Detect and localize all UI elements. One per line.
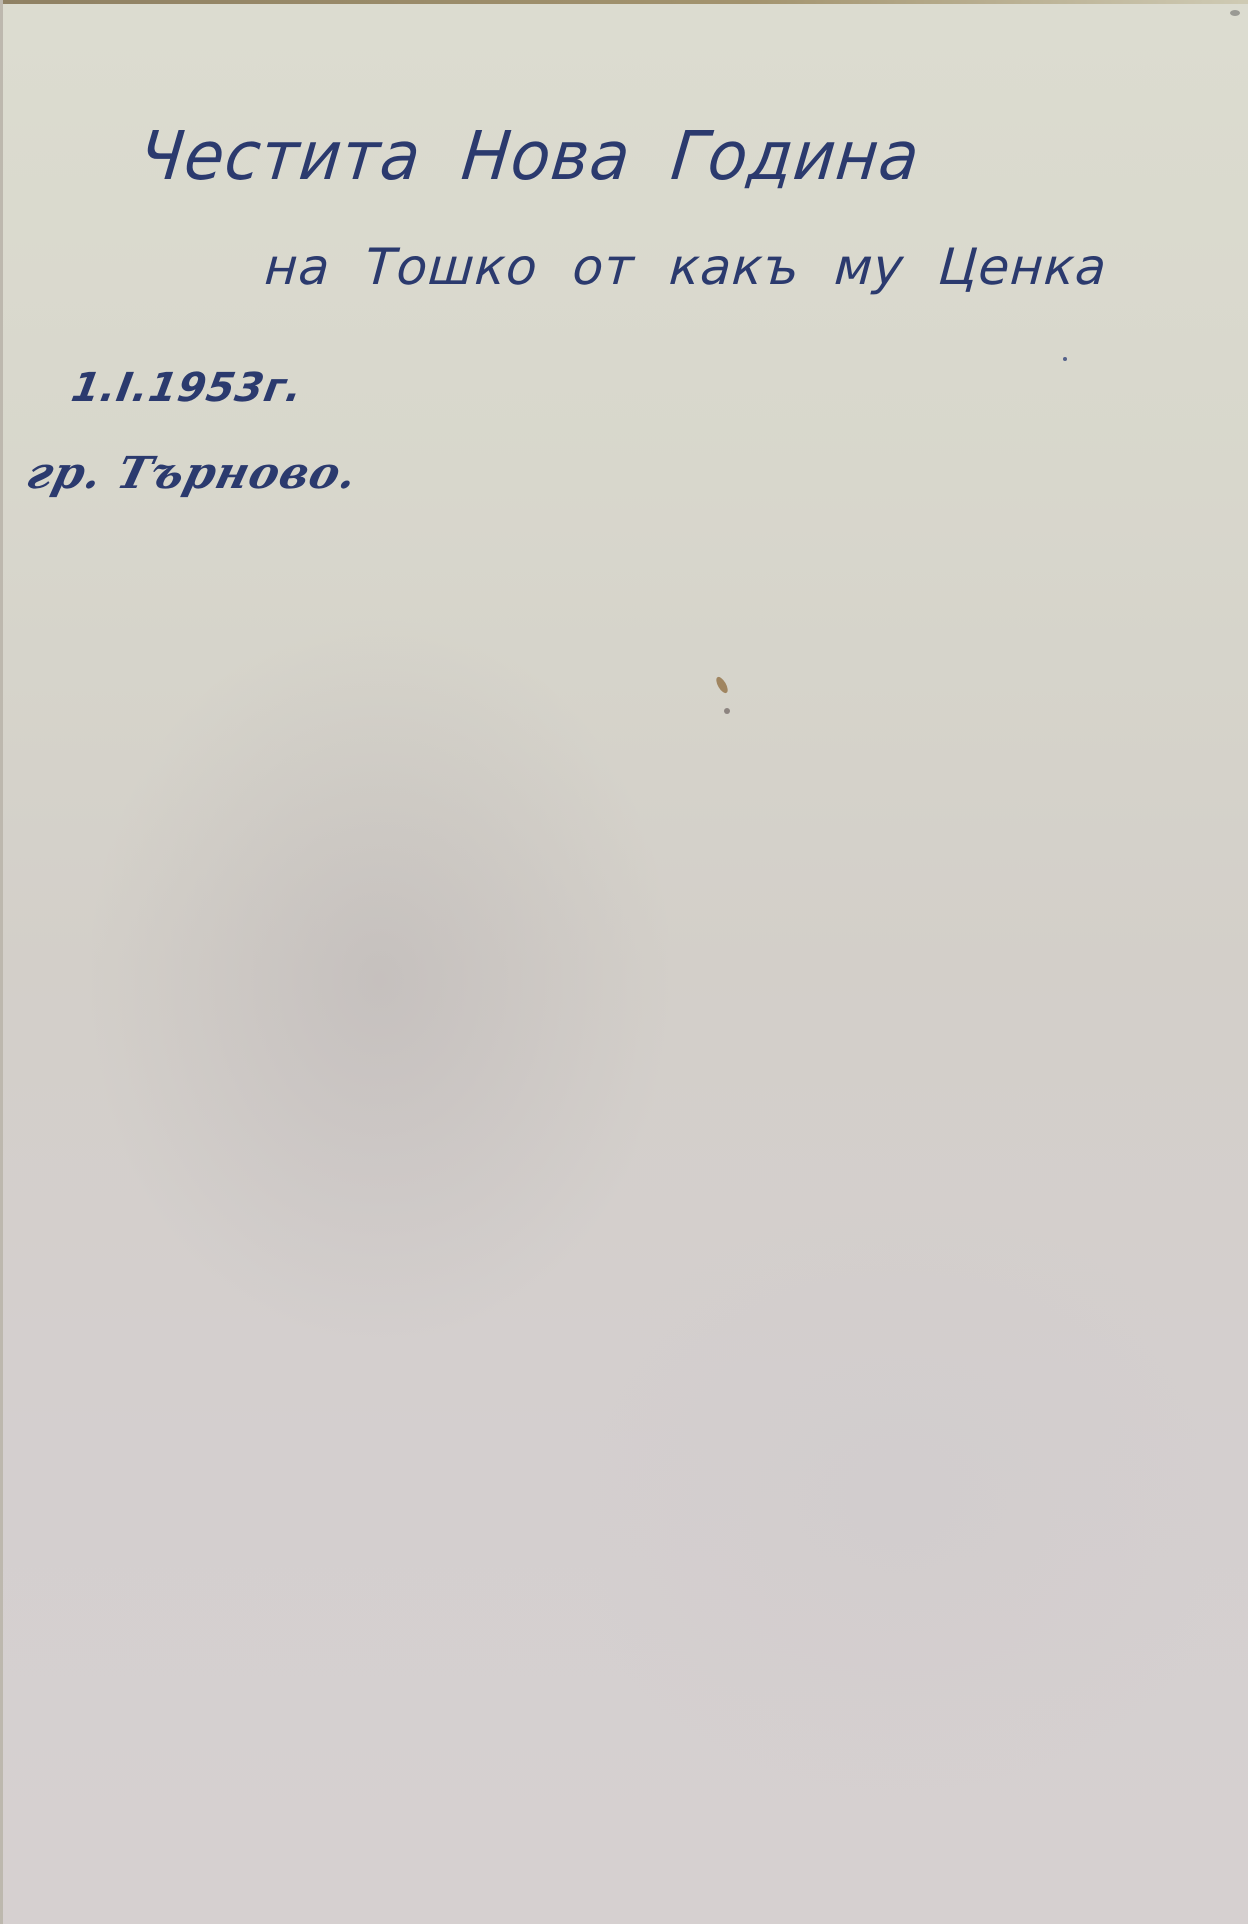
greeting-line: Честита Нова Година (136, 118, 924, 196)
paper-blemish (724, 708, 730, 714)
paper-blemish (1230, 10, 1240, 16)
paper-top-edge (0, 0, 1248, 4)
postcard-back: Честита Нова Година на Тошко от какъ му … (0, 0, 1248, 1924)
dedication-line: на Тошко от какъ му Ценка (263, 238, 1109, 296)
paper-left-edge (0, 0, 3, 1924)
paper-blemish (714, 675, 730, 695)
handwritten-date: 1.I.1953г. (68, 365, 307, 411)
ink-dot (1063, 357, 1067, 361)
handwritten-place: гр. Търново. (22, 448, 363, 499)
